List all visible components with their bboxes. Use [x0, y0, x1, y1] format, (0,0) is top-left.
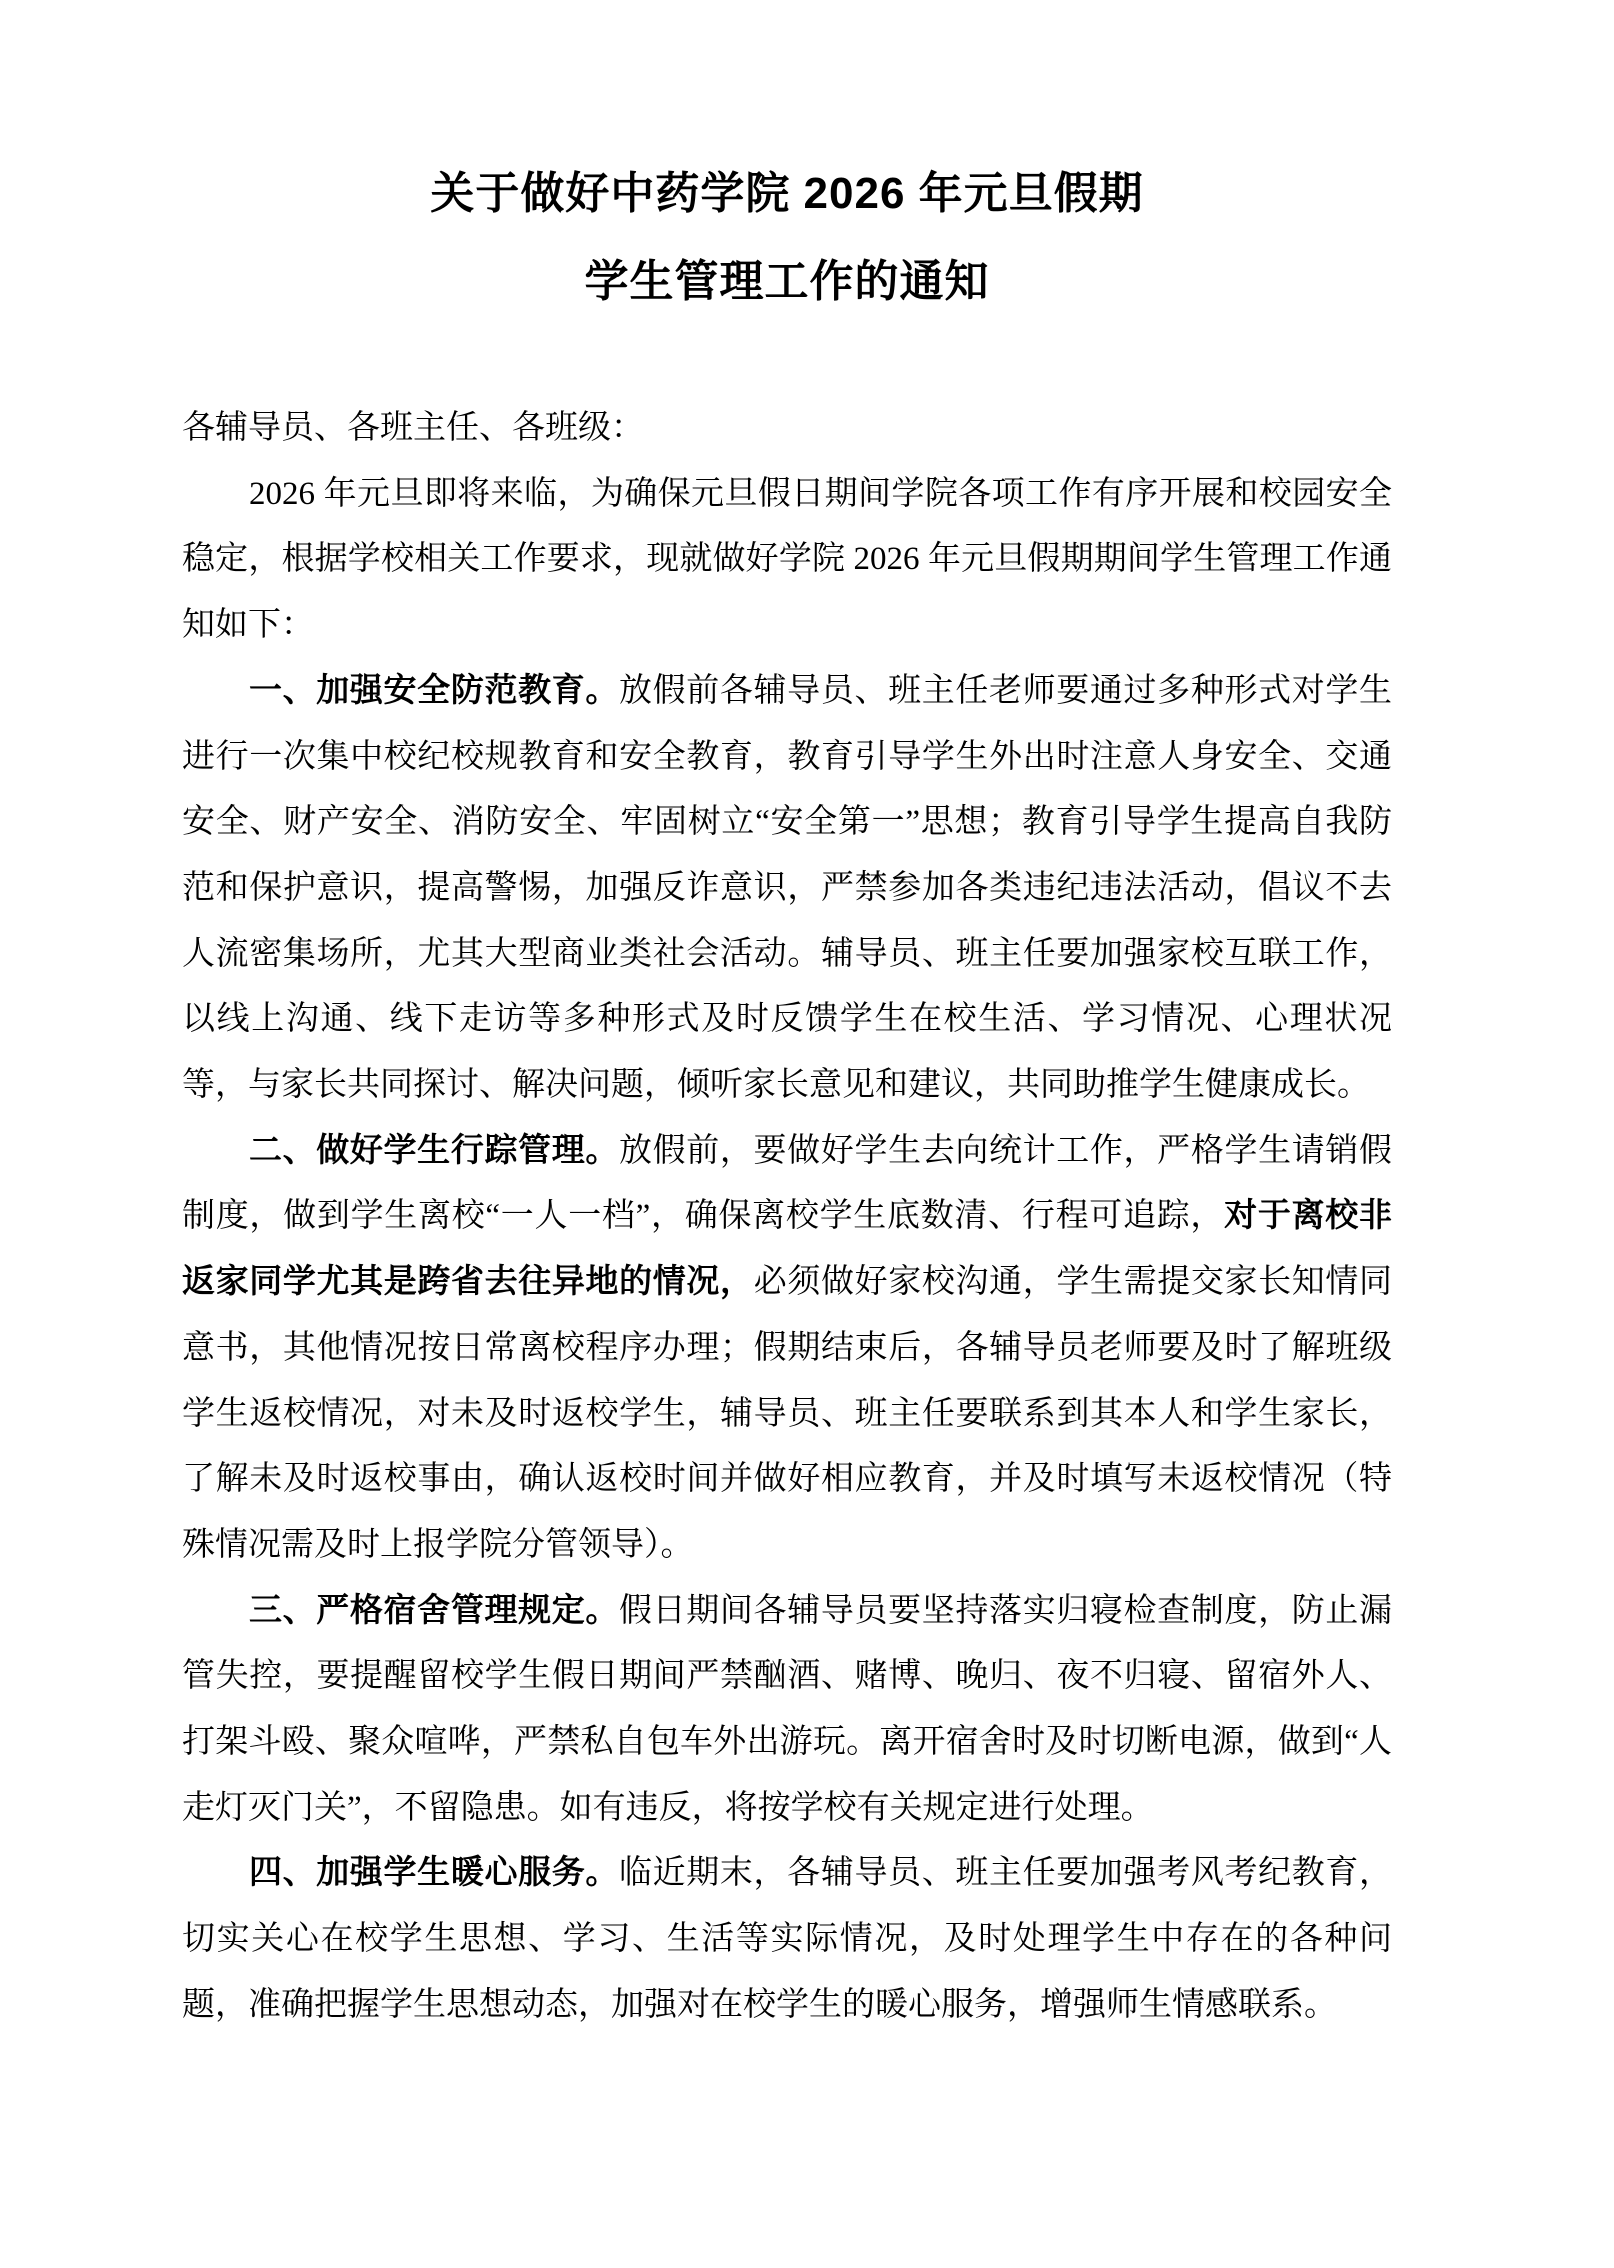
document-page: 关于做好中药学院 2026 年元旦假期 学生管理工作的通知 各辅导员、各班主任、…: [0, 0, 1614, 2268]
paragraph-container: 2026 年元旦即将来临，为确保元旦假日期间学院各项工作有序开展和校园安全稳定，…: [182, 462, 1392, 2039]
bold-text-segment: 三、严格宿舍管理规定。: [249, 1593, 619, 1629]
title-line-2: 学生管理工作的通知: [182, 238, 1392, 326]
document-title: 关于做好中药学院 2026 年元旦假期 学生管理工作的通知: [182, 150, 1392, 326]
paragraph-section-2-whereabouts-management: 二、做好学生行踪管理。放假前，要做好学生去向统计工作，严格学生请销假制度，做到学…: [182, 1119, 1392, 1579]
salutation: 各辅导员、各班主任、各班级：: [182, 396, 1392, 462]
document-body: 各辅导员、各班主任、各班级： 2026 年元旦即将来临，为确保元旦假日期间学院各…: [182, 396, 1392, 2039]
bold-text-segment: 二、做好学生行踪管理。: [249, 1133, 619, 1169]
title-line-1: 关于做好中药学院 2026 年元旦假期: [182, 150, 1392, 238]
bold-text-segment: 四、加强学生暖心服务。: [249, 1855, 619, 1891]
paragraph-section-4-student-care: 四、加强学生暖心服务。临近期末，各辅导员、班主任要加强考风考纪教育，切实关心在校…: [182, 1841, 1392, 2038]
text-segment: 2026 年元旦即将来临，为确保元旦假日期间学院各项工作有序开展和校园安全稳定，…: [182, 476, 1392, 643]
paragraph-section-3-dormitory-rules: 三、严格宿舍管理规定。假日期间各辅导员要坚持落实归寝检查制度，防止漏管失控，要提…: [182, 1579, 1392, 1842]
text-segment: 放假前各辅导员、班主任老师要通过多种形式对学生进行一次集中校纪校规教育和安全教育…: [182, 673, 1392, 1103]
text-segment: 必须做好家校沟通，学生需提交家长知情同意书，其他情况按日常离校程序办理；假期结束…: [182, 1264, 1392, 1563]
bold-text-segment: 一、加强安全防范教育。: [249, 673, 619, 709]
paragraph-intro: 2026 年元旦即将来临，为确保元旦假日期间学院各项工作有序开展和校园安全稳定，…: [182, 462, 1392, 659]
paragraph-section-1-safety-education: 一、加强安全防范教育。放假前各辅导员、班主任老师要通过多种形式对学生进行一次集中…: [182, 659, 1392, 1119]
